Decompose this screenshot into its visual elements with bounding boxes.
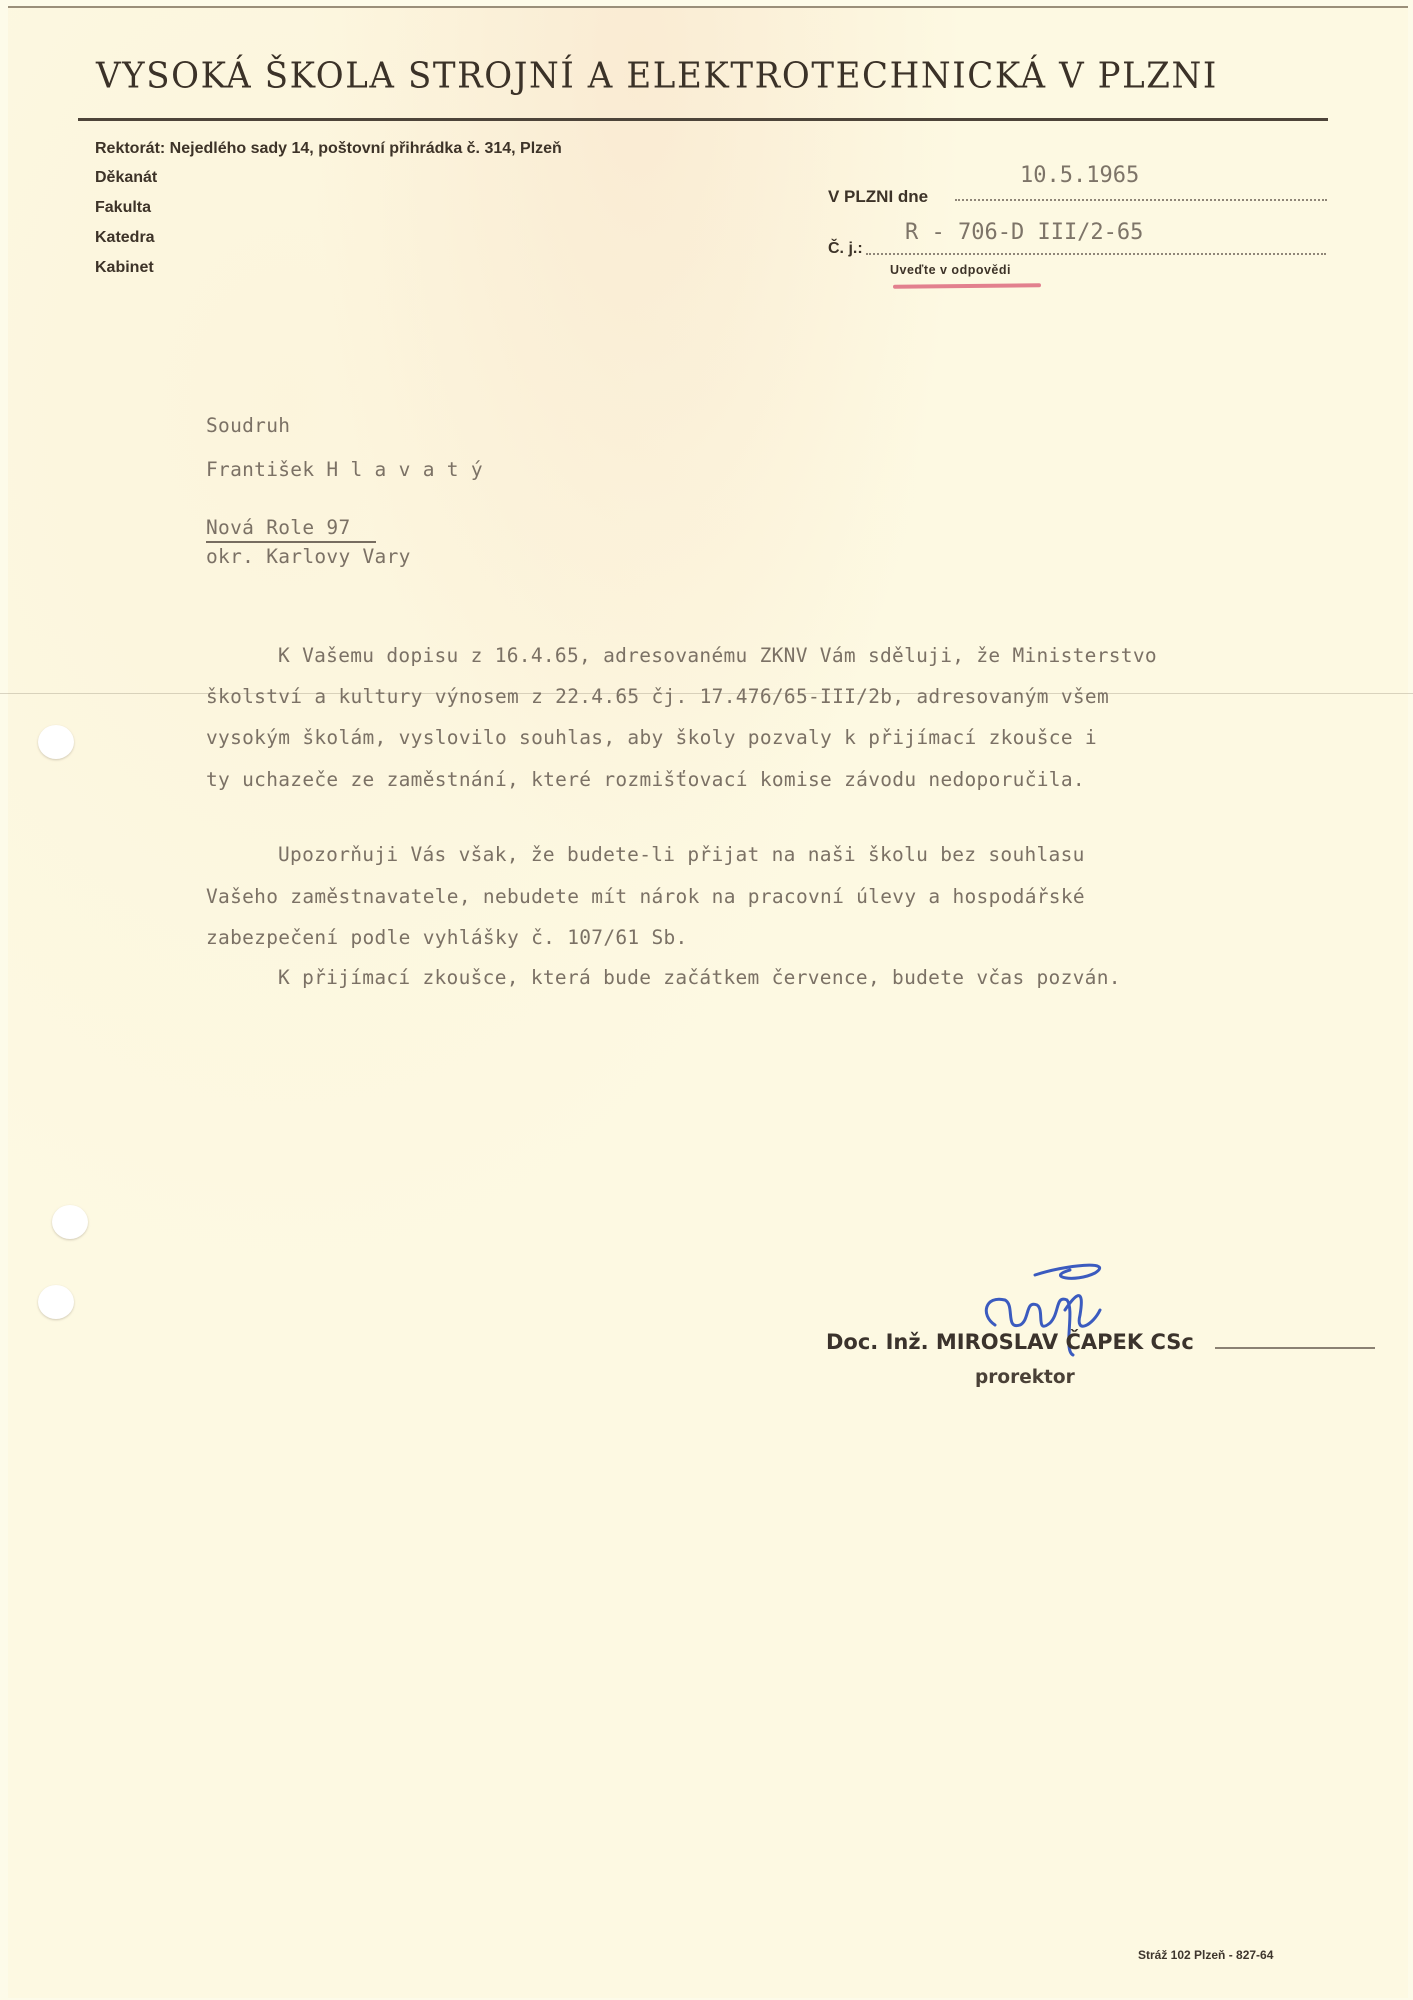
date-dotted-line xyxy=(955,199,1327,201)
reference-number: R - 706-D III/2-65 xyxy=(905,220,1143,245)
recipient-name: František H l a v a t ý xyxy=(206,458,483,481)
body-line: K přijímací zkoušce, která bude začátkem… xyxy=(278,966,1121,989)
body-line: Vašeho zaměstnavatele, nebudete mít náro… xyxy=(206,885,1085,908)
address-underline xyxy=(206,541,376,543)
unit-label: Katedra xyxy=(95,229,155,247)
body-line: Upozorňuji Vás však, že budete-li přijat… xyxy=(278,843,1085,866)
punch-hole xyxy=(38,725,74,759)
recipient-district: okr. Karlovy Vary xyxy=(206,545,411,568)
unit-label: Fakulta xyxy=(95,199,151,217)
rectorate-address: Rektorát: Nejedlého sady 14, poštovní př… xyxy=(95,140,562,158)
letter-date: 10.5.1965 xyxy=(1020,163,1139,188)
body-line: ty uchazeče ze zaměstnání, které rozmišť… xyxy=(206,768,1085,791)
signature-line xyxy=(1215,1347,1375,1349)
unit-label: Kabinet xyxy=(95,259,154,277)
recipient-salutation: Soudruh xyxy=(206,414,290,437)
place-date-label: V PLZNI dne xyxy=(828,187,928,207)
unit-label: Děkanát xyxy=(95,169,157,187)
body-line: vysokým školám, vyslovilo souhlas, aby š… xyxy=(206,726,1097,749)
reference-dotted-line xyxy=(866,253,1326,255)
printer-imprint: Stráž 102 Plzeň - 827-64 xyxy=(1138,1948,1273,1962)
signatory-title: prorektor xyxy=(975,1367,1075,1388)
body-line: školství a kultury výnosem z 22.4.65 čj.… xyxy=(206,685,1109,708)
recipient-street: Nová Role 97 xyxy=(206,516,350,539)
body-line: K Vašemu dopisu z 16.4.65, adresovanému … xyxy=(278,644,1157,667)
institution-title: VYSOKÁ ŠKOLA STROJNÍ A ELEKTROTECHNICKÁ … xyxy=(96,55,1218,97)
signatory-name: Doc. Inž. MIROSLAV ČAPEK CSc xyxy=(826,1330,1194,1354)
body-line: zabezpečení podle vyhlášky č. 107/61 Sb. xyxy=(206,926,688,949)
reference-label: Č. j.: xyxy=(828,240,863,258)
letter-page xyxy=(8,6,1408,1998)
punch-hole xyxy=(52,1205,88,1239)
reply-reference-note: Uveďte v odpovědi xyxy=(890,263,1011,277)
punch-hole xyxy=(38,1285,74,1319)
title-divider xyxy=(78,118,1328,121)
